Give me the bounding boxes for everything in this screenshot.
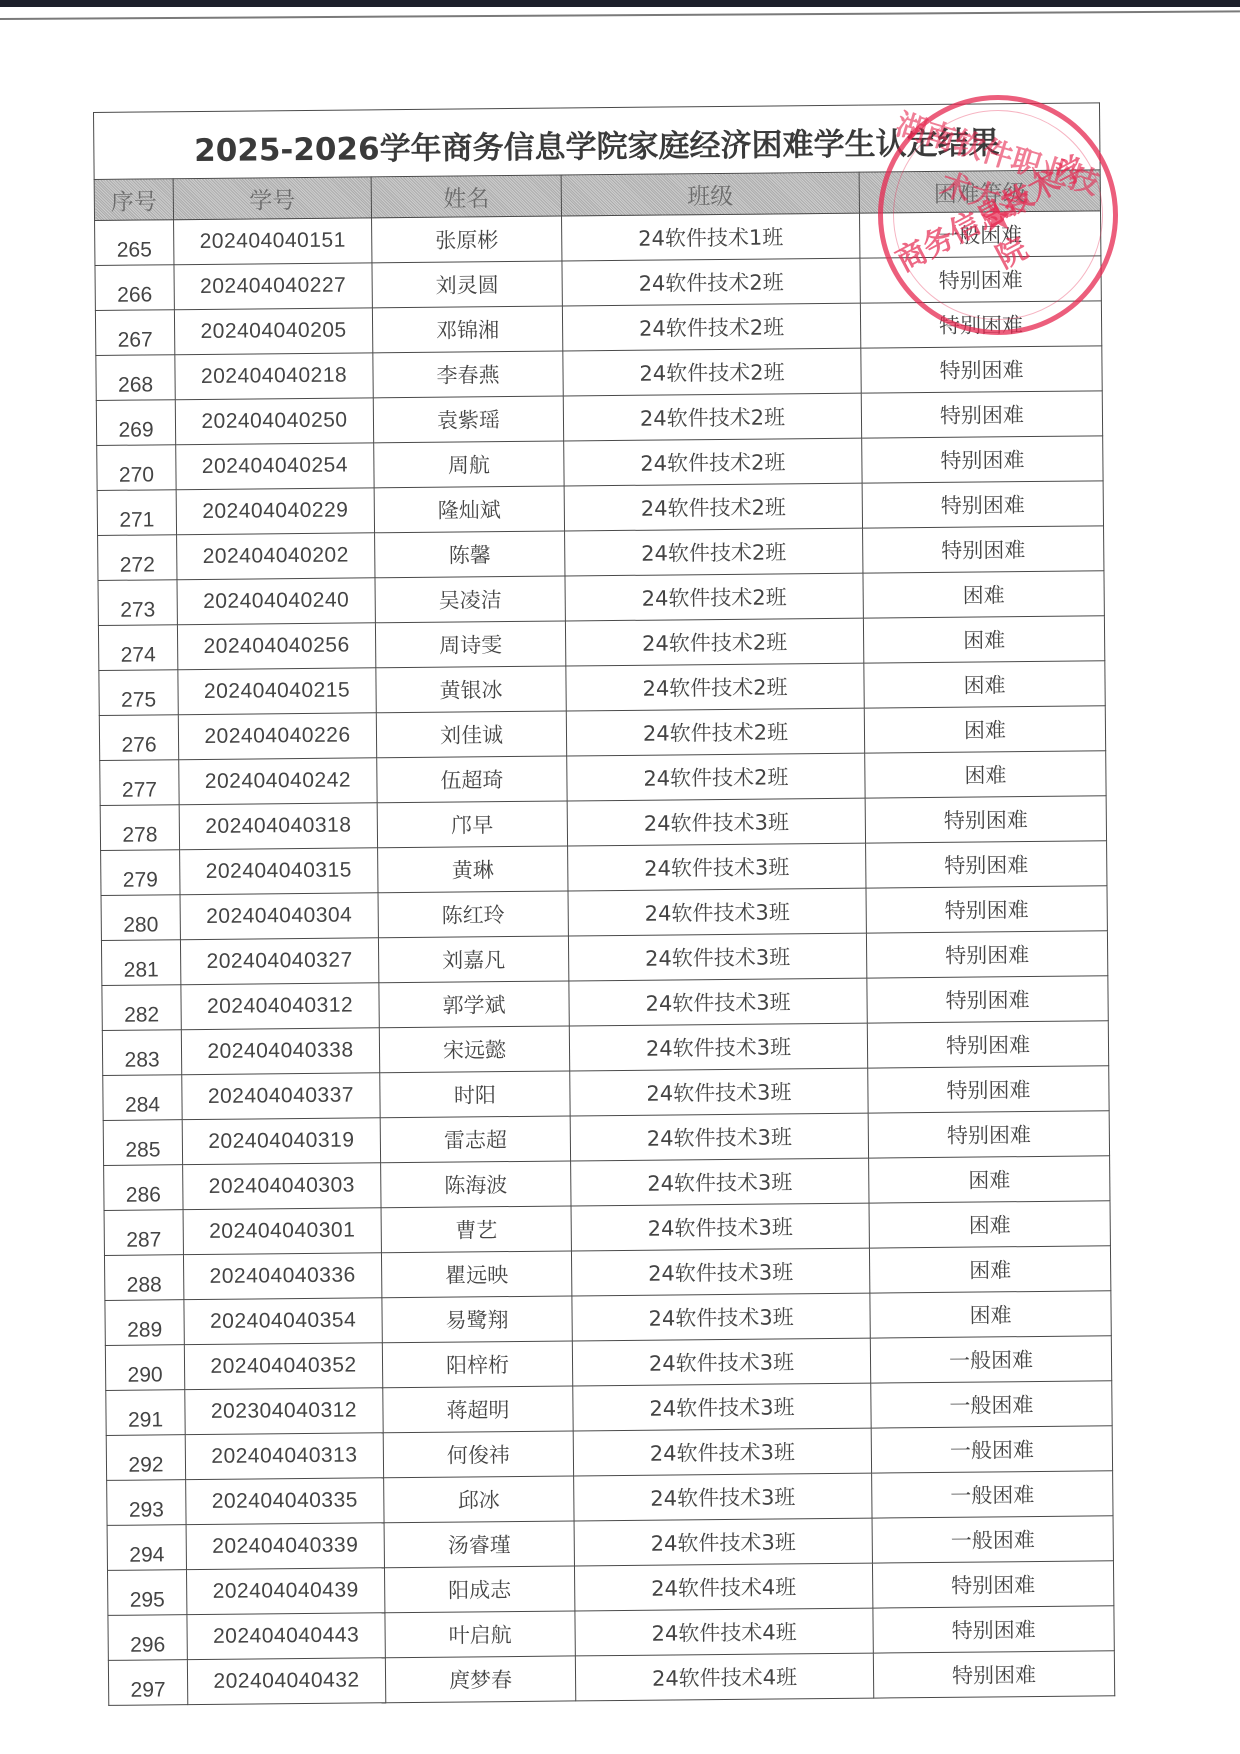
class-name: 24软件技术1班 (562, 213, 860, 261)
class-name: 24软件技术3班 (571, 1248, 869, 1296)
document-sheet: 2025-2026学年商务信息学院家庭经济困难学生认定结果 序号 学号 姓名 班… (93, 102, 1114, 1706)
difficulty-level: 一般困难 (872, 1516, 1113, 1563)
row-seq: 281 (101, 940, 180, 986)
class-name: 24软件技术3班 (568, 843, 866, 891)
student-name: 瞿远映 (381, 1251, 571, 1298)
student-id: 202404040315 (180, 848, 378, 895)
difficulty-level: 一般困难 (870, 1336, 1111, 1383)
student-name: 易鹭翔 (382, 1296, 572, 1343)
class-name: 24软件技术2班 (565, 528, 863, 576)
student-id: 202404040226 (178, 713, 376, 760)
student-name: 雷志超 (380, 1116, 570, 1163)
row-seq: 293 (107, 1480, 186, 1526)
class-name: 24软件技术2班 (563, 348, 861, 396)
difficulty-level: 一般困难 (860, 211, 1101, 258)
student-id: 202404040327 (180, 938, 378, 985)
column-header-level: 困难等级 (859, 170, 1100, 213)
row-seq: 284 (103, 1075, 182, 1121)
student-name: 黄琳 (378, 846, 568, 893)
row-seq: 275 (99, 670, 178, 716)
row-seq: 276 (99, 715, 178, 761)
student-id: 202404040335 (186, 1478, 384, 1525)
class-name: 24软件技术2班 (566, 663, 864, 711)
student-name: 阳梓桁 (382, 1341, 572, 1388)
column-header-student-id: 学号 (173, 177, 371, 220)
difficulty-level: 特别困难 (863, 526, 1104, 573)
student-id: 202404040352 (184, 1343, 382, 1390)
student-id: 202404040303 (183, 1163, 381, 1210)
column-header-class: 班级 (561, 172, 859, 216)
results-table: 2025-2026学年商务信息学院家庭经济困难学生认定结果 序号 学号 姓名 班… (93, 102, 1115, 1706)
student-name: 何俊祎 (383, 1431, 573, 1478)
difficulty-level: 一般困难 (871, 1426, 1112, 1473)
difficulty-level: 特别困难 (866, 886, 1107, 933)
class-name: 24软件技术3班 (573, 1428, 871, 1476)
scan-fold-line (0, 10, 1240, 20)
student-id: 202404040313 (185, 1433, 383, 1480)
student-name: 周诗雯 (375, 621, 565, 668)
difficulty-level: 困难 (864, 661, 1105, 708)
class-name: 24软件技术3班 (570, 1113, 868, 1161)
row-seq: 279 (101, 850, 180, 896)
class-name: 24软件技术2班 (563, 393, 861, 441)
class-name: 24软件技术2班 (562, 258, 860, 306)
student-id: 202404040304 (180, 893, 378, 940)
student-name: 叶启航 (385, 1611, 575, 1658)
class-name: 24软件技术3班 (568, 888, 866, 936)
difficulty-level: 特别困难 (866, 841, 1107, 888)
student-name: 庹梦春 (385, 1656, 575, 1703)
class-name: 24软件技术4班 (575, 1653, 873, 1701)
row-seq: 289 (105, 1300, 184, 1346)
class-name: 24软件技术2班 (562, 303, 860, 351)
student-name: 吴凌洁 (375, 576, 565, 623)
class-name: 24软件技术3班 (570, 1068, 868, 1116)
student-name: 周航 (374, 441, 564, 488)
table-row: 297202404040432庹梦春24软件技术4班特别困难 (108, 1651, 1114, 1706)
class-name: 24软件技术3班 (567, 798, 865, 846)
difficulty-level: 一般困难 (871, 1381, 1112, 1428)
student-id: 202404040312 (181, 983, 379, 1030)
difficulty-level: 特别困难 (872, 1561, 1113, 1608)
difficulty-level: 特别困难 (860, 301, 1101, 348)
student-name: 黄银冰 (376, 666, 566, 713)
student-name: 邝早 (377, 801, 567, 848)
student-id: 202304040312 (185, 1388, 383, 1435)
difficulty-level: 特别困难 (861, 346, 1102, 393)
student-name: 陈红玲 (378, 891, 568, 938)
difficulty-level: 特别困难 (862, 481, 1103, 528)
column-header-seq: 序号 (94, 179, 173, 221)
difficulty-level: 特别困难 (867, 1021, 1108, 1068)
difficulty-level: 特别困难 (865, 796, 1106, 843)
student-name: 李春燕 (373, 351, 563, 398)
class-name: 24软件技术2班 (564, 483, 862, 531)
student-id: 202404040439 (186, 1568, 384, 1615)
row-seq: 270 (97, 445, 176, 491)
difficulty-level: 困难 (863, 571, 1104, 618)
class-name: 24软件技术4班 (575, 1608, 873, 1656)
class-name: 24软件技术3班 (572, 1293, 870, 1341)
student-id: 202404040443 (187, 1613, 385, 1660)
class-name: 24软件技术2班 (564, 438, 862, 486)
row-seq: 288 (104, 1255, 183, 1301)
row-seq: 297 (108, 1660, 187, 1706)
class-name: 24软件技术3班 (568, 933, 866, 981)
class-name: 24软件技术3班 (571, 1203, 869, 1251)
difficulty-level: 困难 (863, 616, 1104, 663)
student-name: 汤睿瑾 (384, 1521, 574, 1568)
student-name: 张原彬 (372, 216, 562, 263)
column-header-name: 姓名 (371, 175, 561, 218)
row-seq: 291 (106, 1390, 185, 1436)
row-seq: 271 (97, 490, 176, 536)
difficulty-level: 特别困难 (868, 1066, 1109, 1113)
student-name: 曹艺 (381, 1206, 571, 1253)
student-name: 蒋超明 (383, 1386, 573, 1433)
student-id: 202404040301 (183, 1208, 381, 1255)
row-seq: 283 (102, 1030, 181, 1076)
student-name: 时阳 (380, 1071, 570, 1118)
difficulty-level: 特别困难 (868, 1111, 1109, 1158)
student-id: 202404040336 (183, 1253, 381, 1300)
class-name: 24软件技术3班 (571, 1158, 869, 1206)
student-id: 202404040227 (174, 263, 372, 310)
row-seq: 267 (95, 310, 174, 356)
difficulty-level: 特别困难 (873, 1651, 1114, 1698)
scan-edge (0, 0, 1240, 7)
student-id: 202404040229 (176, 488, 374, 535)
student-id: 202404040337 (182, 1073, 380, 1120)
student-id: 202404040215 (178, 668, 376, 715)
student-name: 刘佳诚 (376, 711, 566, 758)
difficulty-level: 特别困难 (862, 436, 1103, 483)
student-name: 郭学斌 (379, 981, 569, 1028)
student-id: 202404040256 (177, 623, 375, 670)
student-name: 邓锦湘 (372, 306, 562, 353)
document-title: 2025-2026学年商务信息学院家庭经济困难学生认定结果 (94, 103, 1101, 180)
row-seq: 272 (98, 535, 177, 581)
class-name: 24软件技术4班 (574, 1563, 872, 1611)
difficulty-level: 困难 (869, 1156, 1110, 1203)
student-id: 202404040242 (179, 758, 377, 805)
class-name: 24软件技术3班 (569, 978, 867, 1026)
class-name: 24软件技术3班 (574, 1518, 872, 1566)
class-name: 24软件技术3班 (574, 1473, 872, 1521)
difficulty-level: 特别困难 (867, 976, 1108, 1023)
student-id: 202404040151 (174, 218, 372, 265)
row-seq: 292 (106, 1435, 185, 1481)
row-seq: 278 (100, 805, 179, 851)
row-seq: 286 (104, 1165, 183, 1211)
difficulty-level: 困难 (869, 1246, 1110, 1293)
row-seq: 274 (98, 625, 177, 671)
student-id: 202404040250 (175, 398, 373, 445)
student-name: 陈海波 (381, 1161, 571, 1208)
row-seq: 268 (96, 355, 175, 401)
student-id: 202404040338 (181, 1028, 379, 1075)
student-id: 202404040218 (175, 353, 373, 400)
difficulty-level: 特别困难 (860, 256, 1101, 303)
difficulty-level: 困难 (869, 1201, 1110, 1248)
student-name: 刘嘉凡 (378, 936, 568, 983)
student-name: 伍超琦 (377, 756, 567, 803)
student-id: 202404040254 (176, 443, 374, 490)
row-seq: 295 (108, 1570, 187, 1616)
class-name: 24软件技术2班 (566, 708, 864, 756)
class-name: 24软件技术3班 (573, 1383, 871, 1431)
student-id: 202404040318 (179, 803, 377, 850)
class-name: 24软件技术3班 (572, 1338, 870, 1386)
row-seq: 287 (104, 1210, 183, 1256)
student-id: 202404040354 (184, 1298, 382, 1345)
student-id: 202404040240 (177, 578, 375, 625)
difficulty-level: 困难 (864, 706, 1105, 753)
student-id: 202404040202 (177, 533, 375, 580)
row-seq: 269 (96, 400, 175, 446)
student-id: 202404040205 (174, 308, 372, 355)
row-seq: 273 (98, 580, 177, 626)
student-name: 陈馨 (375, 531, 565, 578)
student-id: 202404040339 (186, 1523, 384, 1570)
student-id: 202404040432 (187, 1658, 385, 1705)
difficulty-level: 特别困难 (873, 1606, 1114, 1653)
difficulty-level: 困难 (870, 1291, 1111, 1338)
row-seq: 285 (103, 1120, 182, 1166)
row-seq: 296 (108, 1615, 187, 1661)
difficulty-level: 困难 (865, 751, 1106, 798)
row-seq: 290 (105, 1345, 184, 1391)
student-name: 袁紫瑶 (373, 396, 563, 443)
row-seq: 266 (95, 265, 174, 311)
student-name: 宋远懿 (379, 1026, 569, 1073)
difficulty-level: 特别困难 (866, 931, 1107, 978)
student-name: 邱冰 (384, 1476, 574, 1523)
row-seq: 294 (107, 1525, 186, 1571)
class-name: 24软件技术2班 (567, 753, 865, 801)
class-name: 24软件技术2班 (565, 618, 863, 666)
class-name: 24软件技术2班 (565, 573, 863, 621)
row-seq: 282 (102, 985, 181, 1031)
student-name: 阳成志 (384, 1566, 574, 1613)
row-seq: 277 (100, 760, 179, 806)
row-seq: 280 (101, 895, 180, 941)
student-name: 隆灿斌 (374, 486, 564, 533)
class-name: 24软件技术3班 (569, 1023, 867, 1071)
row-seq: 265 (95, 220, 174, 266)
student-id: 202404040319 (182, 1118, 380, 1165)
difficulty-level: 特别困难 (861, 391, 1102, 438)
student-name: 刘灵圆 (372, 261, 562, 308)
difficulty-level: 一般困难 (872, 1471, 1113, 1518)
